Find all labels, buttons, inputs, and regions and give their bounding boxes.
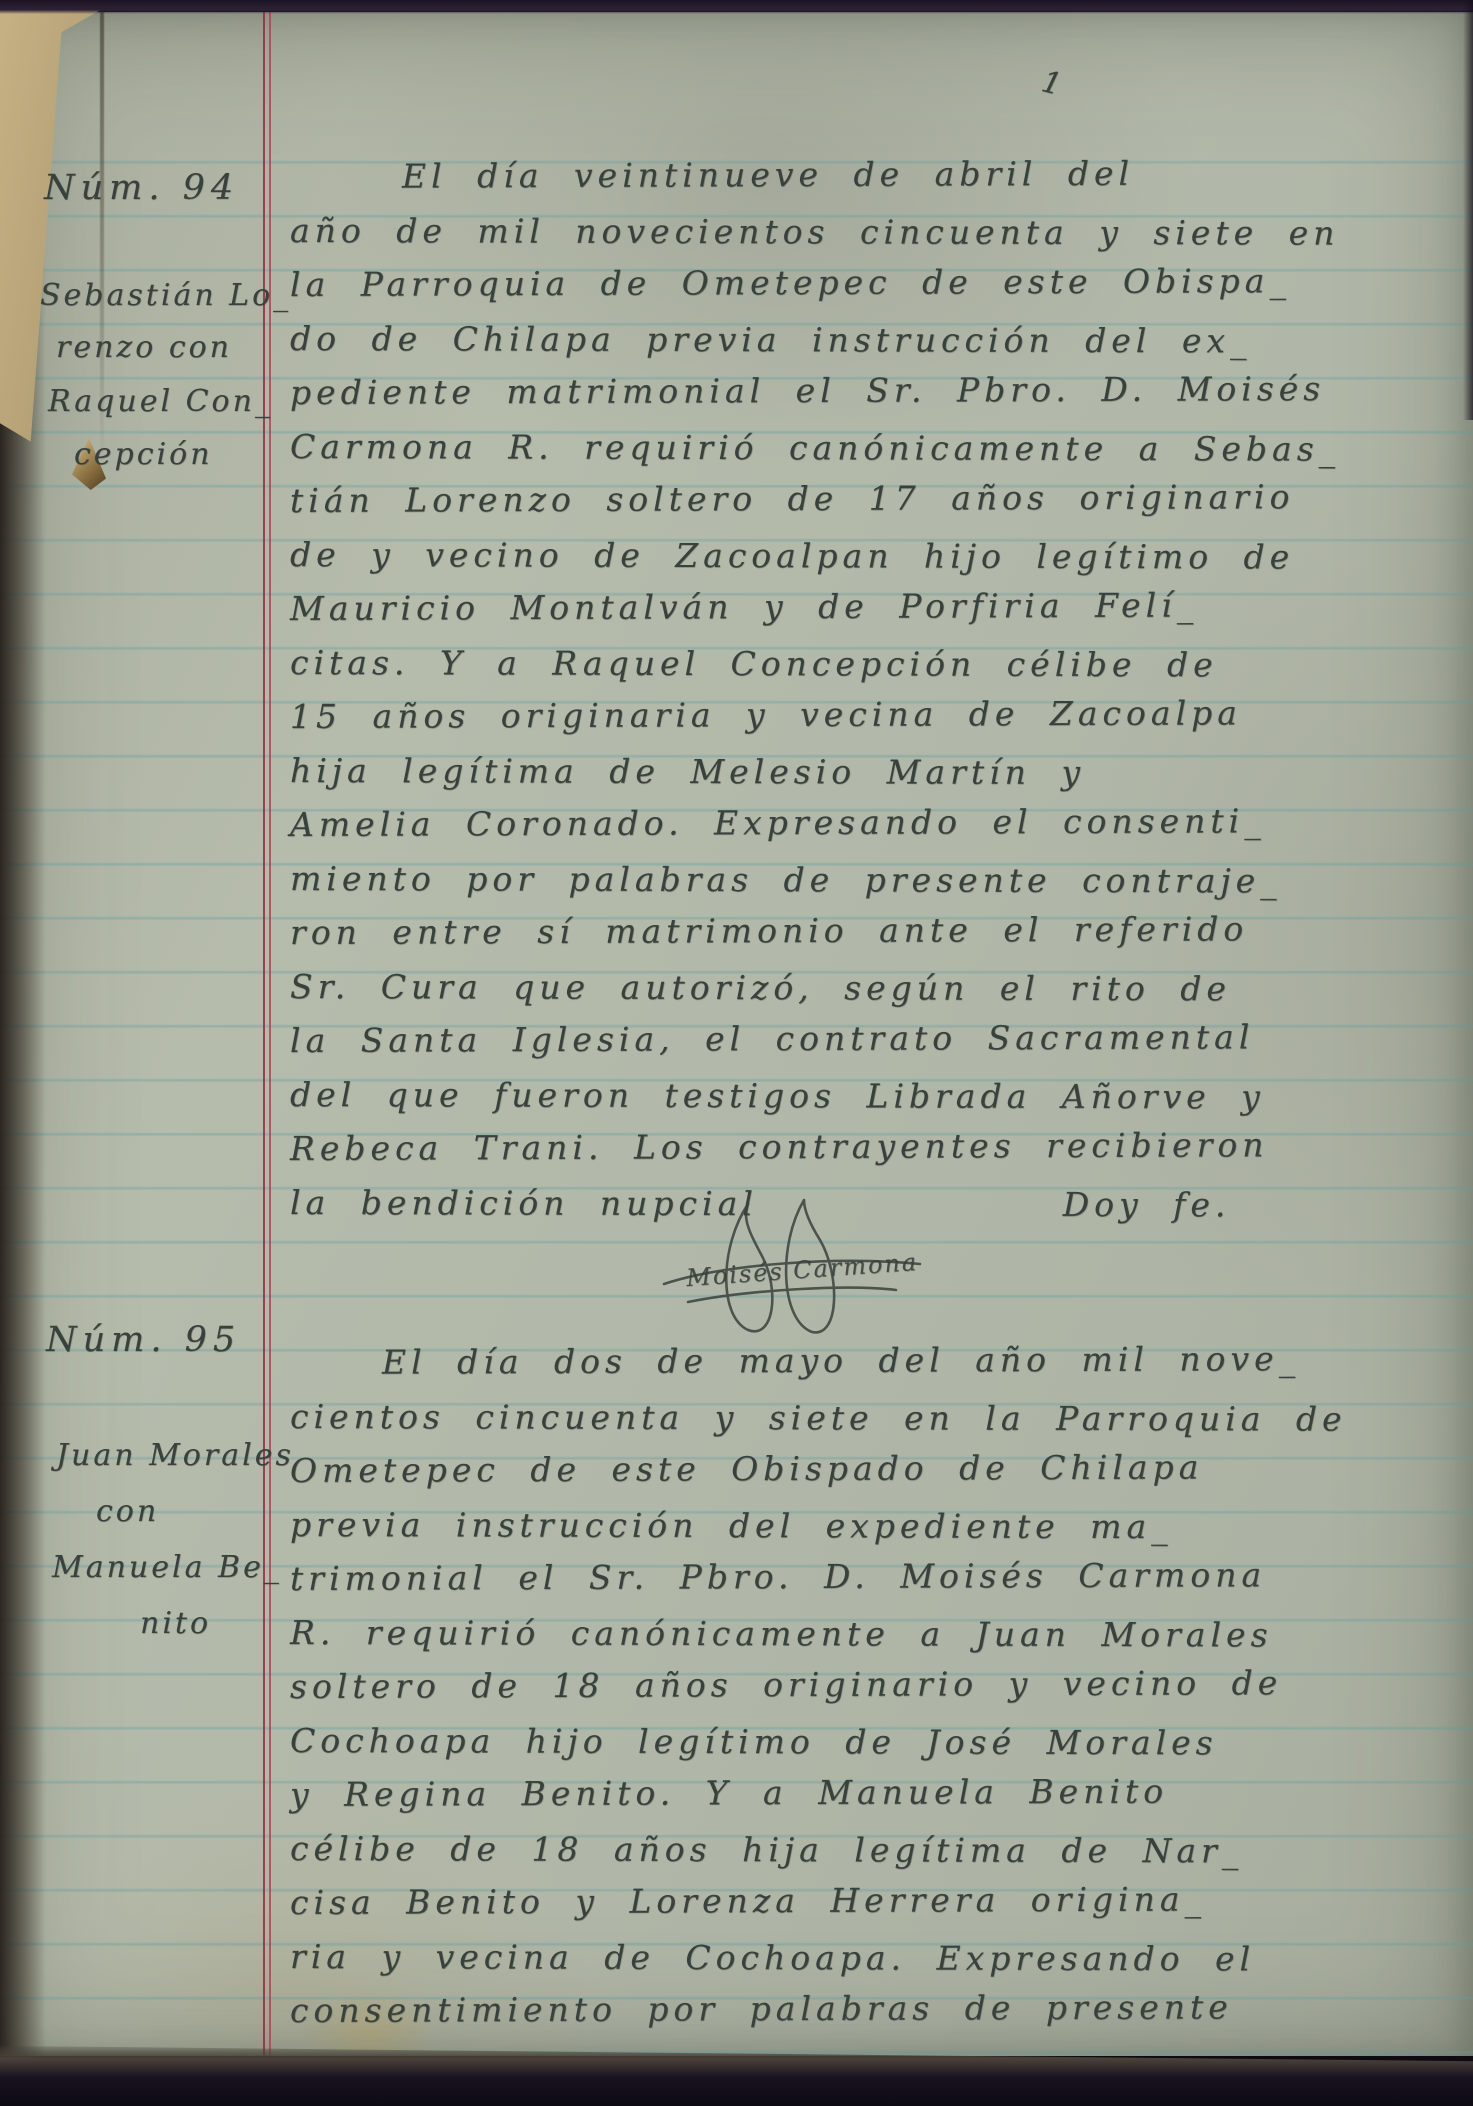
red-margin-line [263,12,273,2056]
body-line: célibe de 18 años hija legítima de Nar_ [290,1822,1465,1879]
scanned-register-page: 1 Núm. 94 Sebastián Lo_ renzo con Raquel… [0,0,1473,2106]
body-line: hija legítima de Melesio Martín y [290,744,1465,801]
body-line: del que fueron testigos Librada Añorve y [290,1068,1465,1125]
body-line: 15 años originaria y vecina de Zacoalpa [290,685,1465,744]
body-line: pediente matrimonial el Sr. Pbro. D. Moi… [290,361,1465,420]
body-line: Sr. Cura que autorizó, según el rito de [290,960,1465,1017]
priest-signature: Moisés Carmona [628,1198,958,1348]
body-line: Carmona R. requirió canónicamente a Seba… [290,420,1465,477]
body-line: miento por palabras de presente contraje… [290,852,1465,909]
record-94-margin-name: renzo con [56,330,232,365]
body-line: soltero de 18 años originario y vecino d… [290,1655,1465,1714]
body-line: R. requirió canónicamente a Juan Morales [290,1606,1465,1663]
body-line: Amelia Coronado. Expresando el consenti_ [290,793,1465,852]
body-line: do de Chilapa previa instrucción del ex_ [290,312,1465,369]
body-line: ron entre sí matrimonio ante el referido [290,901,1465,960]
body-line: citas. Y a Raquel Concepción célibe de [290,636,1465,693]
body-line: El día dos de mayo del año mil nove_ [290,1331,1465,1390]
body-line: tián Lorenzo soltero de 17 años originar… [290,469,1465,528]
record-94-margin-name: Raquel Con_ [48,384,273,419]
record-94-margin-name: Sebastián Lo_ [40,278,291,313]
record-94-body: El día veintinueve de abril del año de m… [290,150,1465,1230]
body-line: trimonial el Sr. Pbro. D. Moisés Carmona [290,1547,1465,1606]
body-line: cisa Benito y Lorenza Herrera origina_ [290,1871,1465,1930]
body-line: Cochoapa hijo legítimo de José Morales [290,1714,1465,1771]
record-95-margin-number: Núm. 95 [46,1320,241,1360]
body-line: Mauricio Montalván y de Porfiria Felí_ [290,577,1465,636]
body-line: de y vecino de Zacoalpan hijo legítimo d… [290,528,1465,585]
body-line: año de mil novecientos cincuenta y siete… [290,204,1465,261]
body-line: previa instrucción del expediente ma_ [290,1498,1465,1555]
body-line: Ometepec de este Obispado de Chilapa [290,1439,1465,1498]
record-95-margin-name: Juan Morales [56,1438,294,1473]
record-95-body: El día dos de mayo del año mil nove_ cie… [290,1336,1465,2038]
body-line: y Regina Benito. Y a Manuela Benito [290,1763,1465,1822]
record-95-margin-name: con [96,1494,159,1529]
body-line: El día veintinueve de abril del [290,145,1465,204]
record-94-margin-name: cepción [74,437,213,472]
top-scan-border [0,0,1473,14]
body-line: cientos cincuenta y siete en la Parroqui… [290,1390,1465,1447]
body-line: Rebeca Trani. Los contrayentes recibiero… [290,1117,1465,1176]
record-94-margin-number: Núm. 94 [44,168,239,208]
body-line: consentimiento por palabras de presente [290,1979,1465,2038]
body-line: la Parroquia de Ometepec de este Obispa_ [290,253,1465,312]
body-line: ria y vecina de Cochoapa. Expresando el [290,1930,1465,1987]
body-line: la Santa Iglesia, el contrato Sacramenta… [290,1009,1465,1068]
record-95-margin-name: nito [140,1606,211,1641]
record-95-margin-name: Manuela Be_ [52,1550,282,1585]
